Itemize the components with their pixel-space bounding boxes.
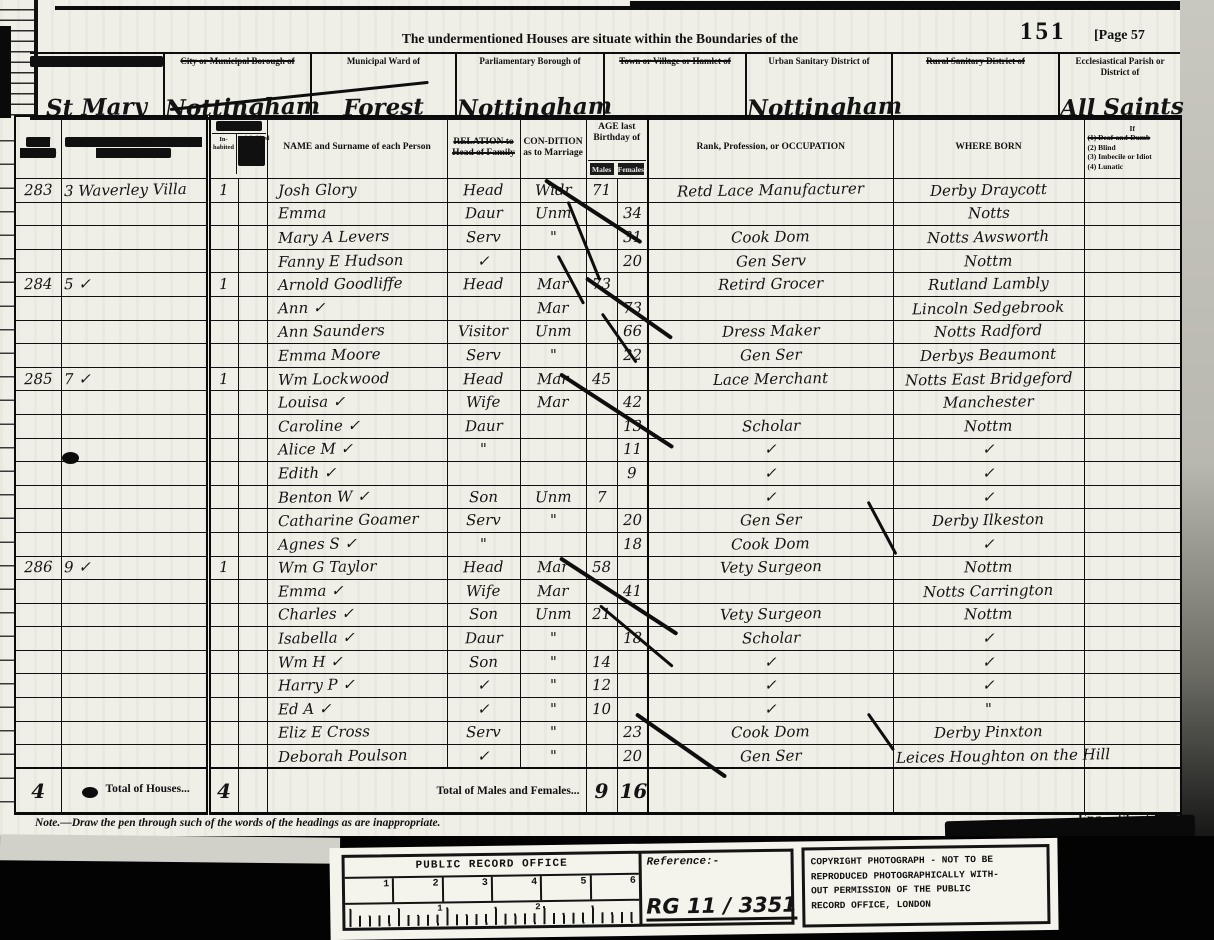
occupation: Lace Merchant <box>713 371 828 388</box>
condition: " <box>549 702 556 717</box>
field-label: Civil Parish [or Township] of <box>30 56 163 67</box>
where-born: Nottm <box>964 253 1013 269</box>
person-name: Josh Glory <box>277 182 356 198</box>
pro-scale-box: PUBLIC RECORD OFFICE 1 2 3 4 5 6 1 2 <box>341 851 642 931</box>
occupation: Cook Dom <box>731 725 810 741</box>
field-label: Ecclesiastical Parish or District of <box>1060 56 1180 78</box>
ink-blot <box>0 26 11 118</box>
person-name: Benton W ✓ <box>277 489 369 506</box>
table-row: Fanny E Hudson ✓ 20 Gen Serv Nottm <box>15 249 1181 273</box>
age-female: 11 <box>623 442 642 457</box>
age-female: 20 <box>623 749 642 764</box>
condition: " <box>549 749 556 764</box>
occupation: Vety Surgeon <box>720 607 822 624</box>
age-female: 41 <box>623 584 642 599</box>
condition: " <box>549 678 556 693</box>
occupation: ✓ <box>764 655 777 670</box>
age-column-header: AGE last Birthday of Males Females <box>586 116 648 179</box>
occupation: ✓ <box>764 466 777 481</box>
address: 9 ✓ <box>63 560 90 575</box>
person-name: Mary A Levers <box>277 229 389 246</box>
condition-column-header: CON-DITION as to Marriage <box>520 116 586 179</box>
table-row: Louisa ✓ Wife Mar 42 Manchester <box>15 391 1181 415</box>
table-row: Wm H ✓ Son " 14 ✓ ✓ <box>15 650 1181 674</box>
table-row: 286 9 ✓ 1 Wm G Taylor Head Mar 58 Vety S… <box>15 556 1181 580</box>
where-born: Notts Carrington <box>923 583 1053 600</box>
relation: Serv <box>466 230 501 246</box>
relation: Wife <box>466 584 501 600</box>
field-urban-sanitary: Urban Sanitary District of Nottingham <box>747 54 893 117</box>
occupation: ✓ <box>764 489 777 504</box>
census-table: No. of Schedule ROAD, STREET, &c., and N… <box>14 115 1180 815</box>
houses-tally: 4 <box>31 779 45 803</box>
table-row: Ann Saunders Visitor Unm 66 Dress Maker … <box>15 320 1181 344</box>
table-row: Harry P ✓ ✓ " 12 ✓ ✓ <box>15 674 1181 698</box>
person-name: Ann Saunders <box>277 323 384 340</box>
occupation: Gen Ser <box>740 748 802 764</box>
table-row: Emma Moore Serv " 22 Gen Ser Derbys Beau… <box>15 344 1181 368</box>
relation: Head <box>463 560 504 576</box>
condition: Mar <box>537 584 569 600</box>
where-born: Derbys Beaumont <box>920 347 1056 364</box>
where-born: ✓ <box>982 678 995 693</box>
pro-stamp: PUBLIC RECORD OFFICE 1 2 3 4 5 6 1 2 Ref… <box>329 838 1058 940</box>
table-row: Ed A ✓ ✓ " 10 ✓ " <box>15 698 1181 722</box>
occupation: Scholar <box>741 418 800 434</box>
person-name: Caroline ✓ <box>277 418 359 434</box>
condition: " <box>549 655 556 670</box>
occupation: Dress Maker <box>722 324 820 341</box>
person-name: Emma ✓ <box>277 583 343 599</box>
born-column-header: WHERE BORN <box>893 116 1084 179</box>
census-scan: The undermentioned Houses are situate wi… <box>0 0 1214 940</box>
where-born: Derby Draycott <box>930 182 1047 199</box>
where-born: Nottm <box>964 560 1013 576</box>
field-rural-sanitary: Rural Sanitary District of <box>893 54 1060 117</box>
boundary-header-row: Civil Parish [or Township] of St Mary Ci… <box>30 52 1180 120</box>
person-name: Fanny E Hudson <box>277 252 403 269</box>
total-females: 16 <box>620 779 648 803</box>
field-town-village: Town or Village or Hamlet of <box>605 54 747 117</box>
relation: ✓ <box>477 749 490 764</box>
houses-column-header: HOUSES In-habited Uninhabited (U.), or B… <box>208 116 267 179</box>
paper-edge-sliver <box>0 834 340 864</box>
relation: Head <box>463 371 504 387</box>
relation: Son <box>469 654 498 670</box>
where-born: " <box>985 702 992 717</box>
page-number-label: [Page 57 <box>1094 28 1145 44</box>
condition: " <box>549 513 556 528</box>
reference-box: Reference:- RG 11 / 3351 <box>641 849 794 927</box>
age-male: 45 <box>592 371 611 386</box>
occupation: Cook Dom <box>731 229 810 245</box>
person-name: Eliz E Cross <box>277 725 369 742</box>
total-houses-value: 4 <box>217 779 231 803</box>
person-name: Charles ✓ <box>277 607 353 623</box>
age-female: 23 <box>623 725 642 740</box>
where-born: Manchester <box>943 394 1034 411</box>
occupation: Scholar <box>741 631 800 647</box>
table-row: Alice M ✓ " 11 ✓ ✓ <box>15 438 1181 462</box>
condition: Unm <box>535 206 572 222</box>
age-male: 58 <box>592 560 611 575</box>
relation: ✓ <box>477 253 490 268</box>
ink-dot <box>82 787 98 798</box>
person-name: Wm G Taylor <box>277 559 376 576</box>
person-name: Catharine Goamer <box>277 512 418 529</box>
table-row: Catharine Goamer Serv " 20 Gen Ser Derby… <box>15 509 1181 533</box>
relation: " <box>480 537 487 552</box>
relation: ✓ <box>477 702 490 717</box>
where-born: Notts <box>967 206 1009 222</box>
person-name: Ed A ✓ <box>277 701 331 717</box>
occupation: Vety Surgeon <box>720 559 822 576</box>
occupation: ✓ <box>764 678 777 693</box>
field-label: Urban Sanitary District of <box>747 56 891 67</box>
table-row: 285 7 ✓ 1 Wm Lockwood Head Mar 45 Lace M… <box>15 367 1181 391</box>
field-label: City or Municipal Borough of <box>165 56 310 67</box>
schedule-number: 286 <box>24 560 53 575</box>
table-row: Agnes S ✓ " 18 Cook Dom ✓ <box>15 532 1181 556</box>
table-row: Charles ✓ Son Unm 21 Vety Surgeon Nottm <box>15 603 1181 627</box>
person-name: Isabella ✓ <box>277 630 354 646</box>
table-row: Deborah Poulson ✓ " 20 Gen Ser Leices Ho… <box>15 745 1181 769</box>
age-female: 20 <box>623 253 642 268</box>
condition: Unm <box>535 489 572 505</box>
where-born: Nottm <box>964 607 1013 623</box>
males-subheader: Males <box>590 163 614 175</box>
where-born: ✓ <box>982 631 995 646</box>
occupation: ✓ <box>764 702 777 717</box>
occupation: Gen Ser <box>740 347 802 363</box>
person-name: Agnes S ✓ <box>277 536 356 552</box>
where-born: Nottm <box>964 418 1013 434</box>
occupation: Retird Grocer <box>718 276 823 293</box>
age-male: 10 <box>592 702 611 717</box>
person-name: Wm H ✓ <box>277 654 342 670</box>
relation: Son <box>469 489 498 505</box>
condition: Mar <box>537 300 569 316</box>
schedule-number: 284 <box>24 277 53 292</box>
address: 5 ✓ <box>63 277 90 292</box>
relation: Daur <box>464 418 502 434</box>
reference-number: RG 11 / 3351 <box>646 893 797 922</box>
census-body: 283 3 Waverley Villa 1 Josh Glory Head W… <box>15 179 1181 769</box>
table-row: Isabella ✓ Daur " 18 Scholar ✓ <box>15 627 1181 651</box>
relation: Serv <box>466 348 501 364</box>
relation: Serv <box>466 725 501 741</box>
person-name: Harry P ✓ <box>277 678 354 694</box>
table-row: Mary A Levers Serv " 31 Cook Dom Notts A… <box>15 226 1181 250</box>
where-born: Lincoln Sedgebrook <box>912 299 1064 317</box>
person-name: Deborah Poulson <box>277 748 407 765</box>
field-label: Municipal Ward of <box>312 56 455 67</box>
condition: " <box>549 348 556 363</box>
address: 7 ✓ <box>63 371 90 386</box>
females-subheader: Females <box>618 163 644 175</box>
page-title: The undermentioned Houses are situate wi… <box>360 31 840 47</box>
age-female: 18 <box>623 537 642 552</box>
inch-ruler: 1 2 <box>345 901 639 929</box>
field-ecclesiastical-parish: Ecclesiastical Parish or District of All… <box>1060 54 1180 117</box>
occupation: ✓ <box>764 442 777 457</box>
occupation: Gen Serv <box>736 253 806 269</box>
table-row: Ann ✓ Mar 73 Lincoln Sedgebrook <box>15 296 1181 320</box>
where-born: ✓ <box>982 489 995 504</box>
relation: Head <box>463 277 504 293</box>
total-males-females-label: Total of Males and Females... <box>437 785 580 797</box>
where-born: Leices Houghton on the Hill <box>895 747 1109 766</box>
relation: Son <box>469 607 498 623</box>
condition: Mar <box>537 277 569 293</box>
relation: Serv <box>466 513 501 529</box>
houses-inhabited: 1 <box>219 277 229 292</box>
age-male: 71 <box>592 183 611 198</box>
where-born: ✓ <box>982 466 995 481</box>
person-name: Wm Lockwood <box>277 371 389 388</box>
age-male: 12 <box>592 678 611 693</box>
condition: Mar <box>537 395 569 411</box>
where-born: Derby Ilkeston <box>932 512 1044 529</box>
age-male: 14 <box>592 655 611 670</box>
where-born: Notts Awsworth <box>927 229 1049 246</box>
where-born: ✓ <box>982 537 995 552</box>
condition: Unm <box>535 324 572 340</box>
occupation: Retd Lace Manufacturer <box>677 181 864 199</box>
where-born: Notts East Bridgeford <box>905 370 1073 388</box>
field-civil-parish: Civil Parish [or Township] of St Mary <box>30 54 165 117</box>
age-male: 7 <box>597 489 607 504</box>
schedule-column-header: No. of Schedule <box>15 116 61 179</box>
inhabited-subheader: In-habited <box>212 134 237 174</box>
age-female: 66 <box>623 324 642 339</box>
field-parliamentary-borough: Parliamentary Borough of Nottingham <box>457 54 605 117</box>
where-born: ✓ <box>982 442 995 457</box>
occupation: Gen Ser <box>740 513 802 529</box>
occupation-column-header: Rank, Profession, or OCCUPATION <box>648 116 893 179</box>
table-row: Benton W ✓ Son Unm 7 ✓ ✓ <box>15 485 1181 509</box>
scale-bar: 1 2 3 4 5 6 <box>345 873 639 905</box>
table-row: Edith ✓ 9 ✓ ✓ <box>15 462 1181 486</box>
age-female: 20 <box>623 513 642 528</box>
condition: " <box>549 230 556 245</box>
houses-inhabited: 1 <box>219 371 229 386</box>
age-female: 34 <box>623 206 642 221</box>
relation-column-header: RELATION to Head of Family <box>447 116 520 179</box>
where-born: Derby Pinxton <box>934 725 1043 742</box>
person-name: Ann ✓ <box>277 300 325 316</box>
table-row: Caroline ✓ Daur 13 Scholar Nottm <box>15 414 1181 438</box>
relation: Daur <box>464 631 502 647</box>
copyright-notice: COPYRIGHT PHOTOGRAPH - NOT TO BE REPRODU… <box>801 844 1050 927</box>
uninhabited-subheader: Uninhabited (U.), or Building (B.) <box>238 136 265 166</box>
person-name: Edith ✓ <box>277 465 336 481</box>
table-row: Eliz E Cross Serv " 23 Cook Dom Derby Pi… <box>15 721 1181 745</box>
relation: Daur <box>464 206 502 222</box>
occupation: Cook Dom <box>731 536 810 552</box>
age-female: 42 <box>623 395 642 410</box>
age-female: 9 <box>627 466 637 481</box>
left-margin-rules <box>0 118 14 810</box>
relation: " <box>480 442 487 457</box>
relation: Visitor <box>458 324 508 340</box>
relation: Wife <box>466 395 501 411</box>
reference-label: Reference:- <box>647 855 786 869</box>
road-column-header: ROAD, STREET, &c., and No. or NAME of HO… <box>61 116 208 179</box>
where-born: ✓ <box>982 655 995 670</box>
where-born: Notts Radford <box>934 323 1042 340</box>
total-males: 9 <box>595 779 609 803</box>
person-name: Arnold Goodliffe <box>277 276 402 293</box>
field-label: Town or Village or Hamlet of <box>605 56 745 67</box>
folio-number: 151 <box>1020 18 1067 46</box>
where-born: Rutland Lambly <box>928 276 1049 293</box>
disability-column-header: If (1) Deaf-and-Dumb (2) Blind (3) Imbec… <box>1084 116 1181 179</box>
torn-paper-edge <box>1180 0 1214 838</box>
person-name: Emma <box>277 206 326 222</box>
field-label: Parliamentary Borough of <box>457 56 603 67</box>
condition: Unm <box>535 607 572 623</box>
enumeration-table: No. of Schedule ROAD, STREET, &c., and N… <box>14 115 1182 815</box>
relation: Head <box>463 182 504 198</box>
condition: " <box>549 725 556 740</box>
houses-inhabited: 1 <box>219 183 229 198</box>
ink-blot <box>62 452 79 464</box>
relation: ✓ <box>477 678 490 693</box>
totals-row: 4 Total of Houses... 4 Total of Males an… <box>15 768 1181 813</box>
houses-inhabited: 1 <box>219 560 229 575</box>
table-row: 283 3 Waverley Villa 1 Josh Glory Head W… <box>15 179 1181 203</box>
footnote: Note.—Draw the pen through such of the w… <box>35 817 440 829</box>
schedule-number: 285 <box>24 371 53 386</box>
field-label: Rural Sanitary District of <box>893 56 1058 67</box>
name-column-header: NAME and Surname of each Person <box>267 116 447 179</box>
total-houses-label: Total of Houses... <box>106 783 190 795</box>
condition: " <box>549 631 556 646</box>
person-name: Alice M ✓ <box>277 442 352 458</box>
address: 3 Waverley Villa <box>63 182 186 199</box>
person-name: Louisa ✓ <box>277 395 345 411</box>
top-rule-heavy <box>630 1 1180 10</box>
person-name: Emma Moore <box>277 347 380 364</box>
schedule-number: 283 <box>24 183 53 198</box>
column-header-row: No. of Schedule ROAD, STREET, &c., and N… <box>15 116 1181 179</box>
